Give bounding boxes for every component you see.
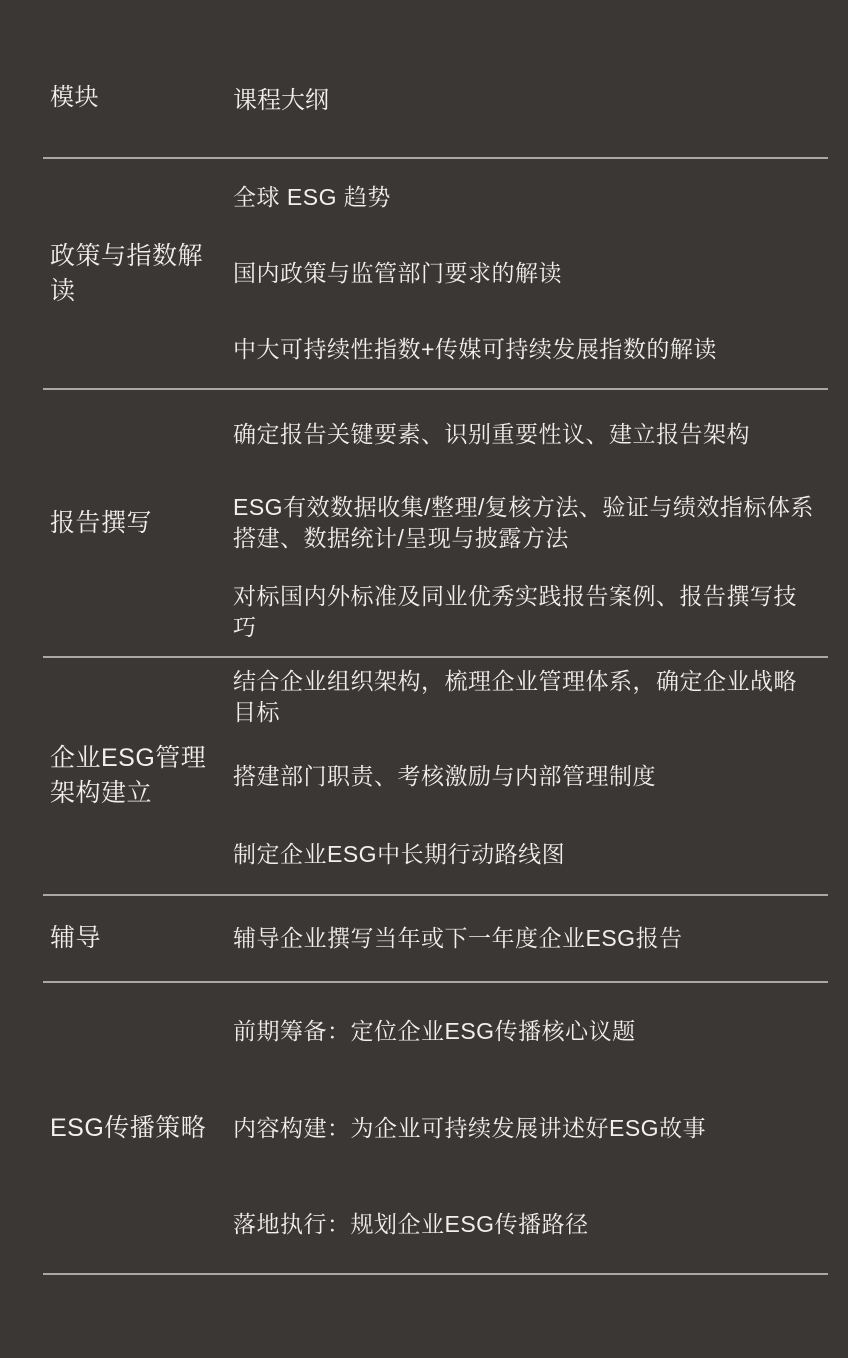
table-row: ESG传播策略 前期筹备：定位企业ESG传播核心议题 内容构建：为企业可持续发展… [43,981,828,1275]
outline-items: 辅导企业撰写当年或下一年度企业ESG报告 [233,896,828,981]
course-outline-table: 模块 课程大纲 政策与指数解读 全球 ESG 趋势 国内政策与监管部门要求的解读… [43,0,828,1275]
outline-item: 全球 ESG 趋势 [233,159,818,235]
outline-item: 中大可持续性指数+传媒可持续发展指数的解读 [233,312,818,388]
outline-item: 前期筹备：定位企业ESG传播核心议题 [233,983,818,1080]
module-label: 政策与指数解读 [43,159,233,388]
outline-item: 国内政策与监管部门要求的解读 [233,235,818,311]
outline-item: 辅导企业撰写当年或下一年度企业ESG报告 [233,896,818,981]
outline-item: 落地执行：规划企业ESG传播路径 [233,1176,818,1273]
outline-items: 结合企业组织架构，梳理企业管理体系，确定企业战略目标 搭建部门职责、考核激励与内… [233,658,828,894]
module-label: 报告撰写 [43,390,233,656]
table-row: 报告撰写 确定报告关键要素、识别重要性议、建立报告架构 ESG有效数据收集/整理… [43,388,828,656]
table-row: 辅导 辅导企业撰写当年或下一年度企业ESG报告 [43,894,828,981]
outline-items: 全球 ESG 趋势 国内政策与监管部门要求的解读 中大可持续性指数+传媒可持续发… [233,159,828,388]
outline-items: 确定报告关键要素、识别重要性议、建立报告架构 ESG有效数据收集/整理/复核方法… [233,390,828,656]
outline-item: ESG有效数据收集/整理/复核方法、验证与绩效指标体系搭建、数据统计/呈现与披露… [233,479,818,568]
outline-item: 制定企业ESG中长期行动路线图 [233,815,818,894]
module-label: 辅导 [43,896,233,981]
outline-item: 内容构建：为企业可持续发展讲述好ESG故事 [233,1080,818,1177]
module-label: ESG传播策略 [43,983,233,1273]
outline-item: 搭建部门职责、考核激励与内部管理制度 [233,737,818,816]
table-row: 企业ESG管理架构建立 结合企业组织架构，梳理企业管理体系，确定企业战略目标 搭… [43,656,828,894]
column-header-module: 模块 [43,80,233,115]
table-row: 政策与指数解读 全球 ESG 趋势 国内政策与监管部门要求的解读 中大可持续性指… [43,157,828,388]
outline-items: 前期筹备：定位企业ESG传播核心议题 内容构建：为企业可持续发展讲述好ESG故事… [233,983,828,1273]
module-label: 企业ESG管理架构建立 [43,658,233,894]
outline-item: 对标国内外标准及同业优秀实践报告案例、报告撰写技巧 [233,567,818,656]
outline-item: 结合企业组织架构，梳理企业管理体系，确定企业战略目标 [233,658,818,737]
table-header-row: 模块 课程大纲 [43,0,828,157]
column-header-outline: 课程大纲 [233,80,329,115]
outline-item: 确定报告关键要素、识别重要性议、建立报告架构 [233,390,818,479]
